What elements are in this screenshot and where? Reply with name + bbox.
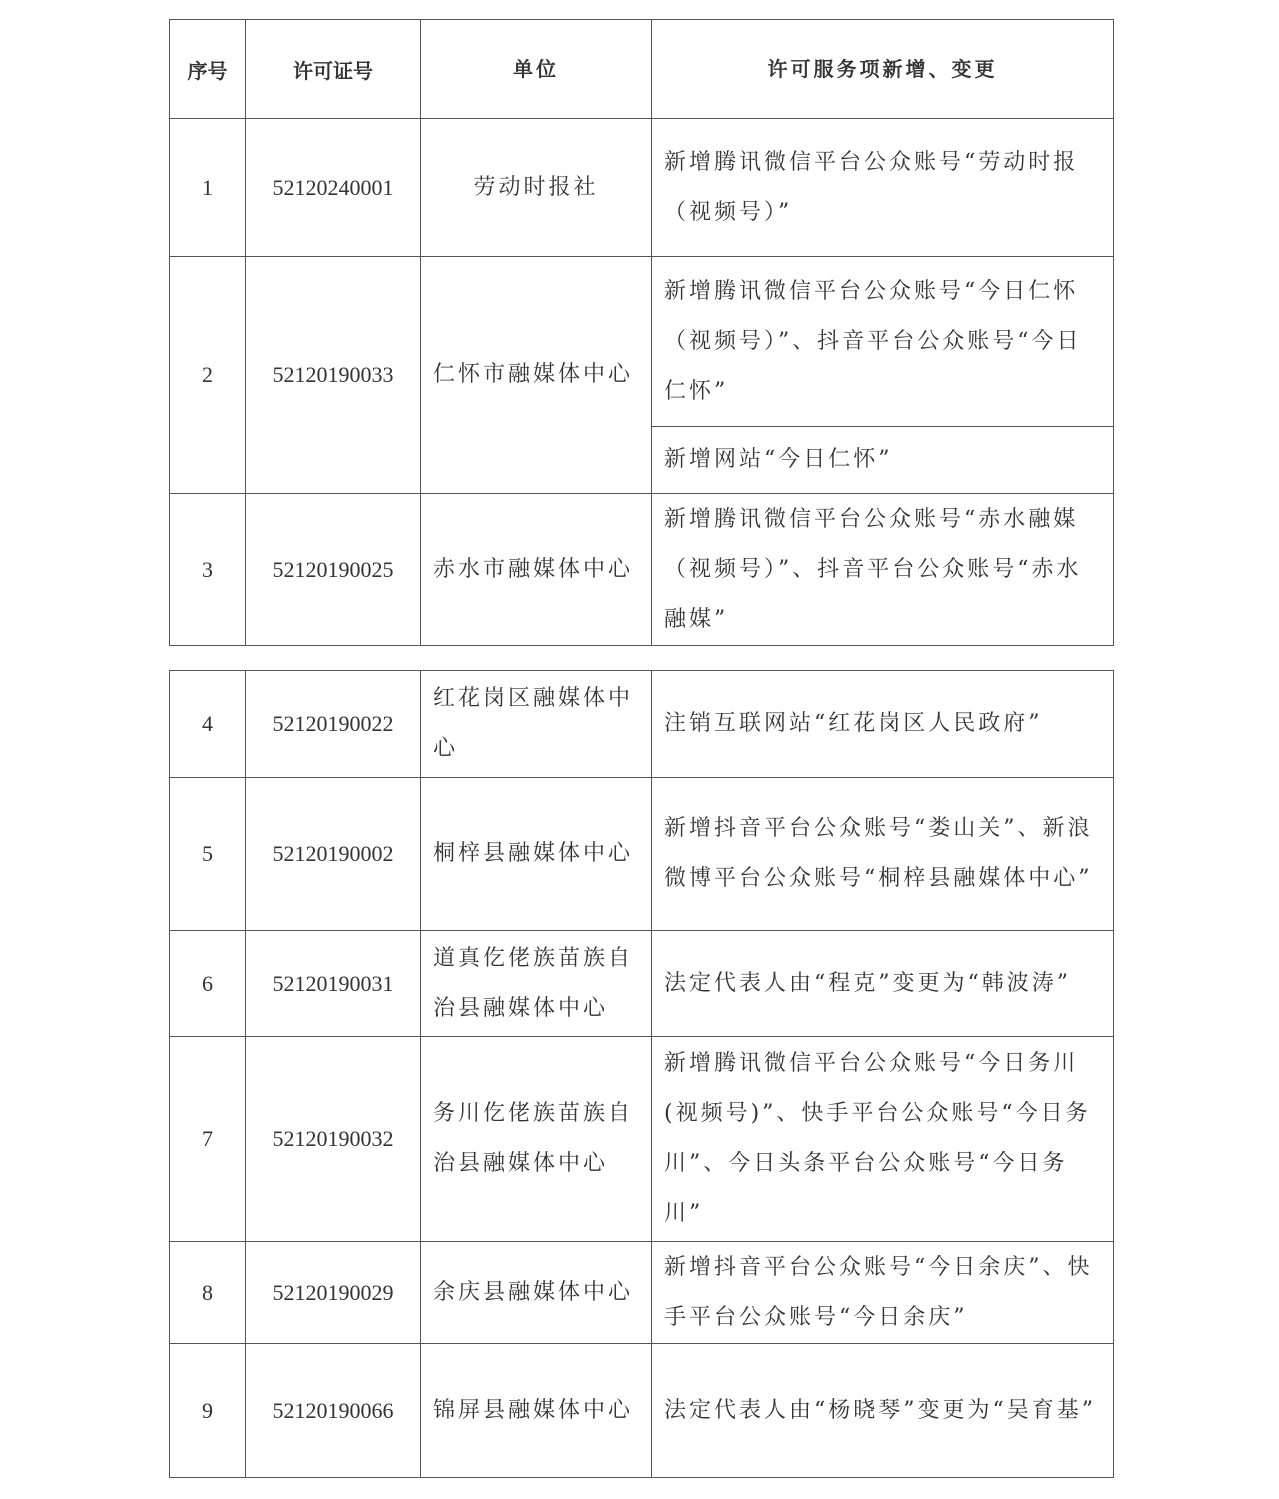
row-index: 5: [170, 778, 245, 930]
table-header-row: 序号 许可证号 单位 许可服务项新增、变更: [170, 20, 1113, 118]
row-index: 4: [170, 671, 245, 777]
table-row: 9 52120190066 锦屏县融媒体中心 法定代表人由“杨晓琴”变更为“吴育…: [170, 1343, 1113, 1477]
license-table-part-2: 4 52120190022 红花岗区融媒体中心 注销互联网站“红花岗区人民政府”…: [169, 670, 1114, 1478]
row-unit: 仁怀市融媒体中心: [420, 257, 651, 493]
row-unit: 赤水市融媒体中心: [420, 494, 651, 645]
row-index: 2: [170, 257, 245, 493]
row-unit: 桐梓县融媒体中心: [420, 778, 651, 930]
table-row: 5 52120190002 桐梓县融媒体中心 新增抖音平台公众账号“娄山关”、新…: [170, 777, 1113, 930]
row-index: 3: [170, 494, 245, 645]
row-unit: 红花岗区融媒体中心: [420, 671, 651, 777]
row-change: 新增腾讯微信平台公众账号“赤水融媒（视频号）”、抖音平台公众账号“赤水融媒”: [651, 494, 1113, 645]
header-license-no: 许可证号: [245, 20, 420, 118]
row-unit: 道真仡佬族苗族自治县融媒体中心: [420, 931, 651, 1036]
row-license-no: 52120190002: [245, 778, 420, 930]
row-change: 注销互联网站“红花岗区人民政府”: [651, 671, 1113, 777]
header-change: 许可服务项新增、变更: [651, 20, 1113, 118]
row-license-no: 52120190033: [245, 257, 420, 493]
table-row: 2 52120190033 仁怀市融媒体中心 新增腾讯微信平台公众账号“今日仁怀…: [170, 256, 1113, 493]
table-row: 3 52120190025 赤水市融媒体中心 新增腾讯微信平台公众账号“赤水融媒…: [170, 493, 1113, 645]
header-index: 序号: [170, 20, 245, 118]
table-row: 7 52120190032 务川仡佬族苗族自治县融媒体中心 新增腾讯微信平台公众…: [170, 1036, 1113, 1241]
row-change: 新增腾讯微信平台公众账号“今日务川(视频号)”、快手平台公众账号“今日务川”、今…: [651, 1037, 1113, 1241]
row-change: 新增抖音平台公众账号“今日余庆”、快手平台公众账号“今日余庆”: [651, 1242, 1113, 1343]
row-unit: 务川仡佬族苗族自治县融媒体中心: [420, 1037, 651, 1241]
row-index: 8: [170, 1242, 245, 1343]
row-change: 新增腾讯微信平台公众账号“今日仁怀（视频号）”、抖音平台公众账号“今日仁怀”: [652, 257, 1113, 426]
row-license-no: 52120190029: [245, 1242, 420, 1343]
row-index: 7: [170, 1037, 245, 1241]
row-change: 法定代表人由“杨晓琴”变更为“吴育基”: [651, 1344, 1113, 1477]
table-row: 6 52120190031 道真仡佬族苗族自治县融媒体中心 法定代表人由“程克”…: [170, 930, 1113, 1036]
row-license-no: 52120190022: [245, 671, 420, 777]
row-change-stack: 新增腾讯微信平台公众账号“今日仁怀（视频号）”、抖音平台公众账号“今日仁怀” 新…: [651, 257, 1113, 493]
row-license-no: 52120190032: [245, 1037, 420, 1241]
table-row: 1 52120240001 劳动时报社 新增腾讯微信平台公众账号“劳动时报（视频…: [170, 118, 1113, 256]
row-change: 法定代表人由“程克”变更为“韩波涛”: [651, 931, 1113, 1036]
row-license-no: 52120190025: [245, 494, 420, 645]
header-unit: 单位: [420, 20, 651, 118]
row-index: 1: [170, 119, 245, 256]
row-unit: 锦屏县融媒体中心: [420, 1344, 651, 1477]
row-unit: 劳动时报社: [420, 119, 651, 256]
row-change: 新增腾讯微信平台公众账号“劳动时报（视频号）”: [651, 119, 1113, 256]
row-license-no: 52120190066: [245, 1344, 420, 1477]
row-unit: 余庆县融媒体中心: [420, 1242, 651, 1343]
row-change: 新增抖音平台公众账号“娄山关”、新浪微博平台公众账号“桐梓县融媒体中心”: [651, 778, 1113, 930]
row-change: 新增网站“今日仁怀”: [652, 426, 1113, 493]
row-index: 6: [170, 931, 245, 1036]
row-license-no: 52120190031: [245, 931, 420, 1036]
row-index: 9: [170, 1344, 245, 1477]
table-row: 4 52120190022 红花岗区融媒体中心 注销互联网站“红花岗区人民政府”: [170, 671, 1113, 777]
license-table-part-1: 序号 许可证号 单位 许可服务项新增、变更 1 52120240001 劳动时报…: [169, 19, 1114, 646]
table-row: 8 52120190029 余庆县融媒体中心 新增抖音平台公众账号“今日余庆”、…: [170, 1241, 1113, 1343]
row-license-no: 52120240001: [245, 119, 420, 256]
